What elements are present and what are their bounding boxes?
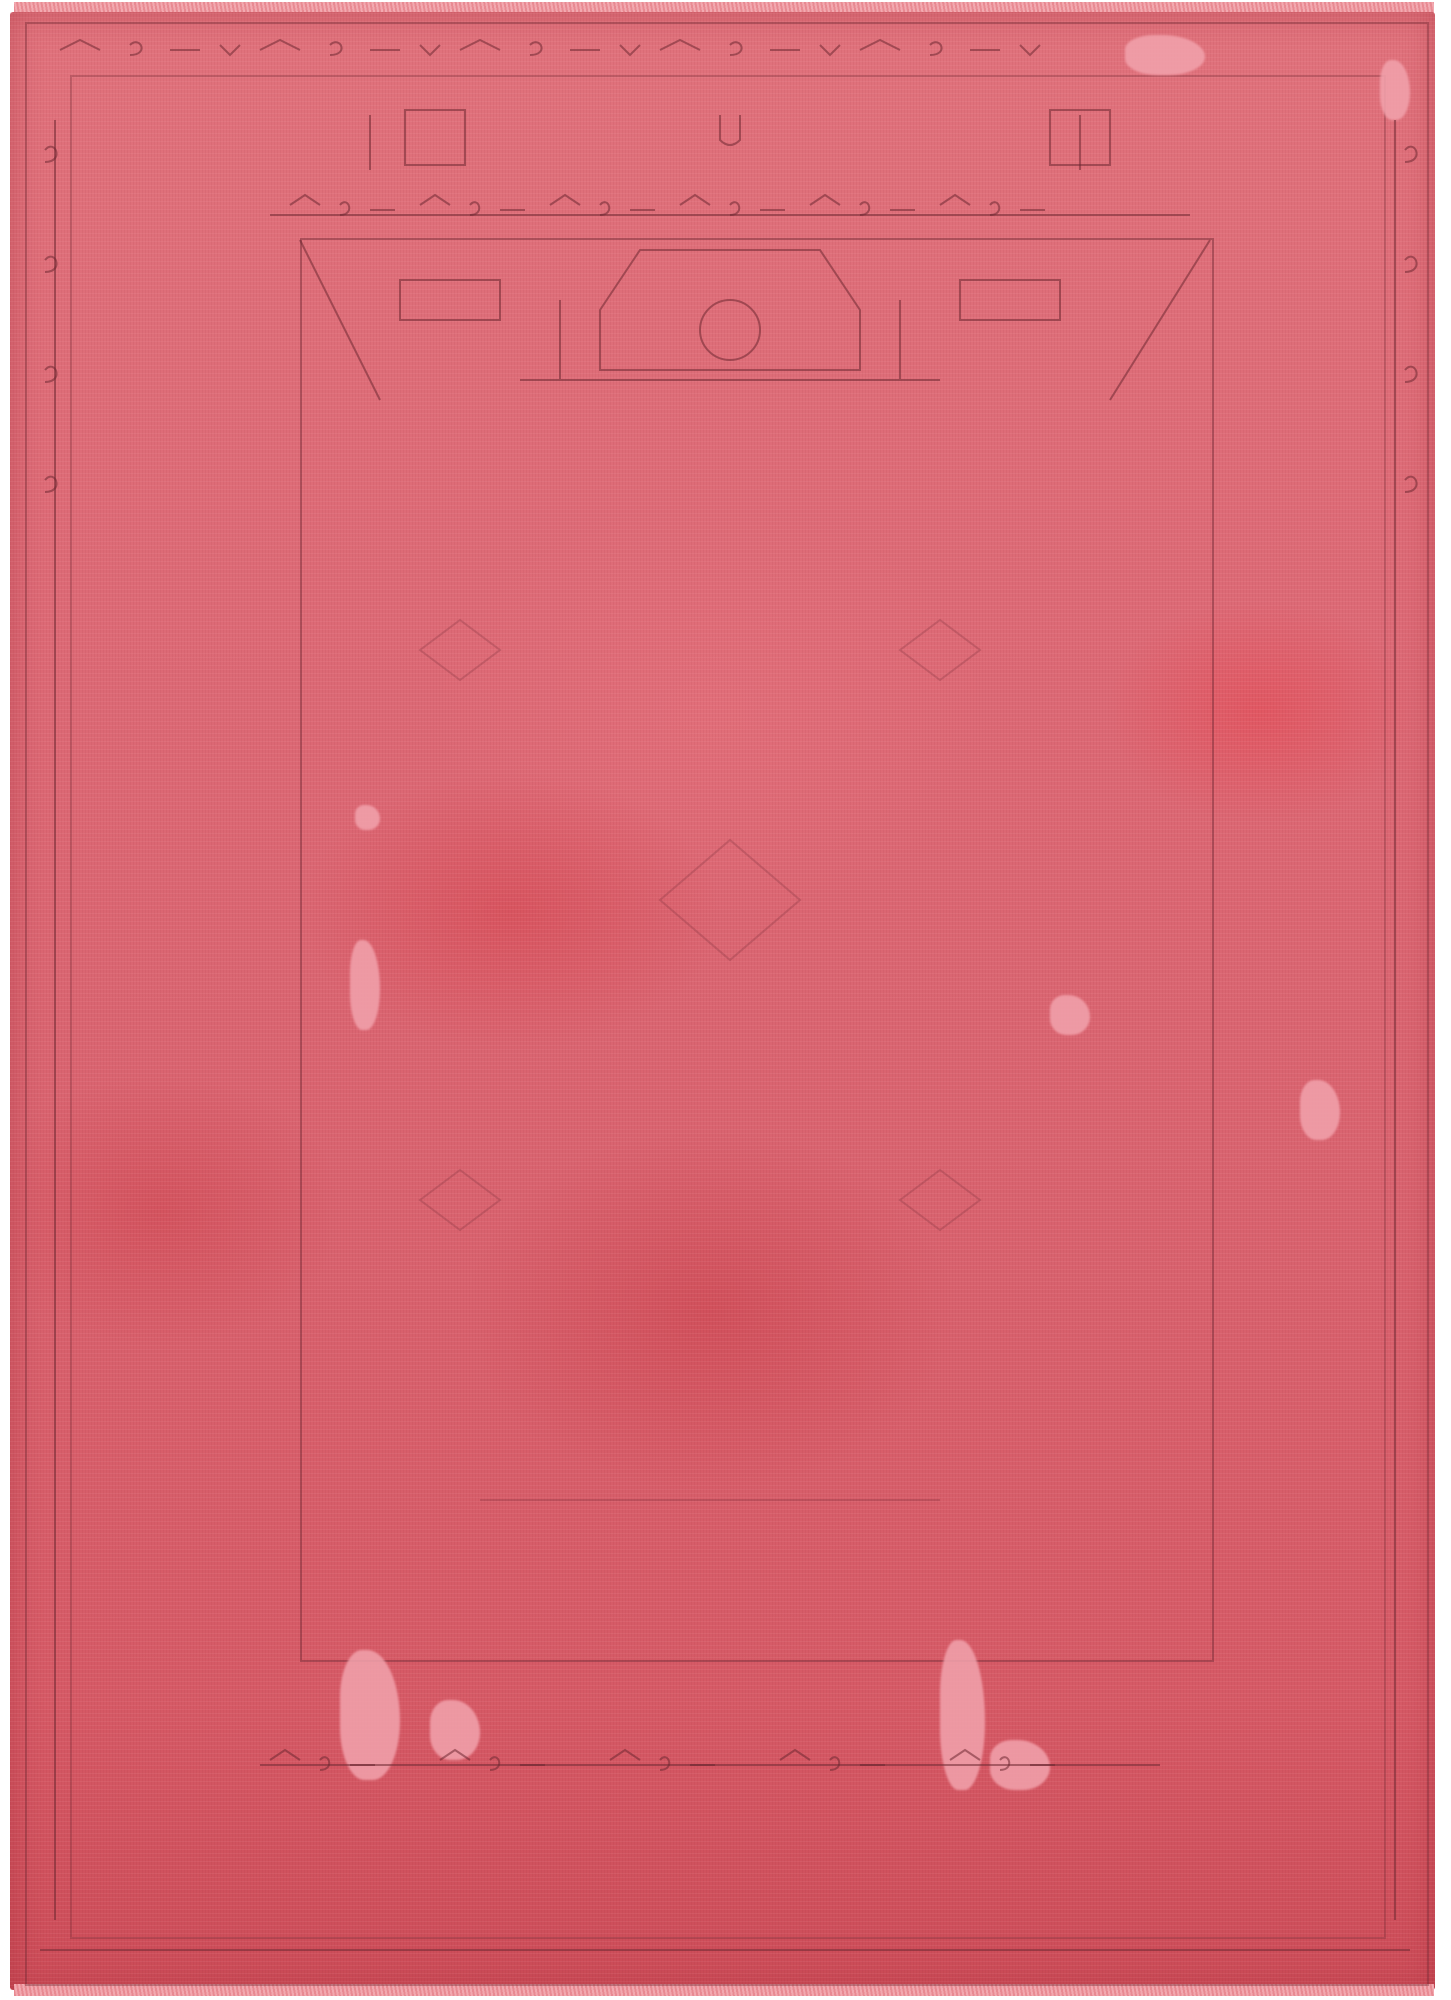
top-spandrel	[300, 240, 1210, 400]
side-border-motifs	[45, 120, 1417, 1920]
field-motifs	[420, 620, 980, 1500]
rug-pattern-motifs	[0, 0, 1451, 2000]
top-cartouches	[370, 110, 1110, 170]
border-motif-row-inner	[270, 195, 1190, 215]
border-motif-row-top	[60, 40, 1040, 55]
bottom-border-motif	[40, 1750, 1410, 1950]
